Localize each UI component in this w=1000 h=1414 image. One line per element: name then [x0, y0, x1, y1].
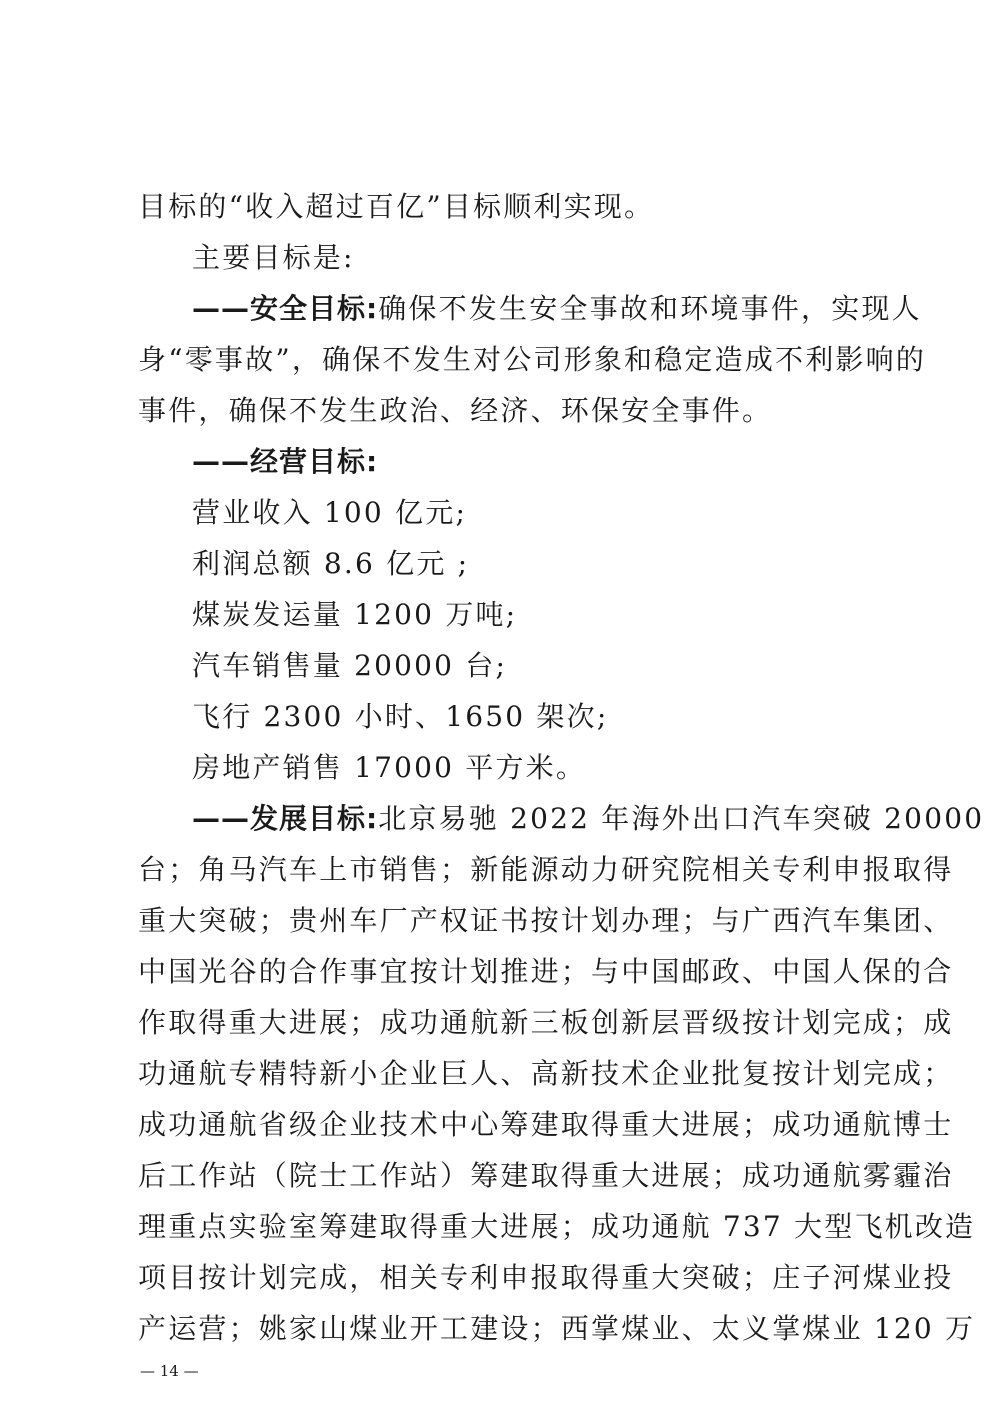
main-goals-heading: 主要目标是:	[192, 238, 873, 278]
business-goal-label: ——经营目标:	[192, 445, 378, 478]
development-line: 项目按计划完成，相关专利申报取得重大突破；庄子河煤业投	[138, 1258, 873, 1298]
development-line: 产运营；姚家山煤业开工建设；西掌煤业、太义掌煤业 120 万	[138, 1309, 873, 1349]
business-item-profit: 利润总额 8.6 亿元 ;	[192, 544, 873, 584]
development-line: 成功通航省级企业技术中心筹建取得重大进展；成功通航博士	[138, 1105, 873, 1145]
development-line: 重大突破；贵州车厂产权证书按计划办理；与广西汽车集团、	[138, 901, 873, 941]
development-line: 功通航专精特新小企业巨人、高新技术企业批复按计划完成；	[138, 1054, 873, 1094]
business-item-vehicles: 汽车销售量 20000 台;	[192, 646, 873, 686]
development-goal-text: 北京易驰 2022 年海外出口汽车突破 20000	[378, 802, 984, 835]
business-item-real-estate: 房地产销售 17000 平方米。	[192, 748, 873, 788]
development-line: 理重点实验室筹建取得重大进展；成功通航 737 大型飞机改造	[138, 1207, 873, 1247]
business-item-revenue: 营业收入 100 亿元;	[192, 493, 873, 533]
safety-goal-line-1: ——安全目标:确保不发生安全事故和环境事件，实现人	[192, 289, 873, 329]
safety-goal-text: 确保不发生安全事故和环境事件，实现人	[378, 292, 922, 325]
safety-goal-line-2: 身“零事故”，确保不发生对公司形象和稳定造成不利影响的	[138, 340, 873, 380]
business-item-flights: 飞行 2300 小时、1650 架次;	[192, 697, 873, 737]
business-goal-heading: ——经营目标:	[192, 442, 873, 482]
development-line: 中国光谷的合作事宜按计划推进；与中国邮政、中国人保的合	[138, 952, 873, 992]
development-line: 后工作站（院士工作站）筹建取得重大进展；成功通航雾霾治	[138, 1156, 873, 1196]
page-number: — 14 —	[140, 1362, 199, 1380]
intro-tail-paragraph: 目标的“收入超过百亿”目标顺利实现。	[138, 187, 873, 227]
development-line: 作取得重大进展；成功通航新三板创新层晋级按计划完成；成	[138, 1003, 873, 1043]
development-line: 台；角马汽车上市销售；新能源动力研究院相关专利申报取得	[138, 850, 873, 890]
safety-goal-label: ——安全目标:	[192, 292, 378, 325]
safety-goal-line-3: 事件，确保不发生政治、经济、环保安全事件。	[138, 391, 873, 431]
document-page: 目标的“收入超过百亿”目标顺利实现。 主要目标是: ——安全目标:确保不发生安全…	[0, 0, 1000, 1414]
development-goal-label: ——发展目标:	[192, 802, 378, 835]
development-goal-line-1: ——发展目标:北京易驰 2022 年海外出口汽车突破 20000	[192, 799, 873, 839]
business-item-coal: 煤炭发运量 1200 万吨;	[192, 595, 873, 635]
